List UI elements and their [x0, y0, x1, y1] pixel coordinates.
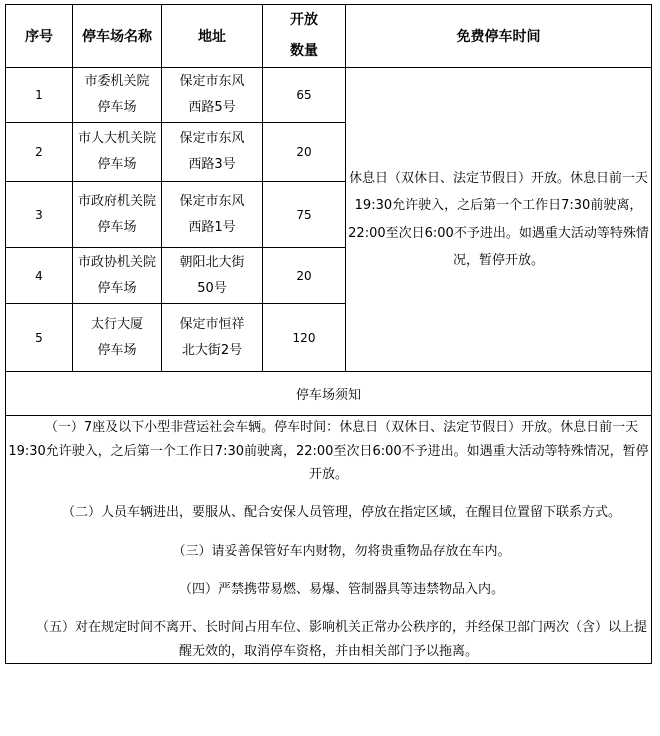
row-count: 20 — [263, 248, 346, 304]
header-free-time: 免费停车时间 — [346, 5, 652, 68]
free-time-cell: 休息日（双休日、法定节假日）开放。休息日前一天19:30允许驶入，之后第一个工作… — [346, 68, 652, 372]
row-address-line1: 保定市东风 — [162, 189, 262, 215]
notice-body: （一）7座及以下小型非营运社会车辆。停车时间：休息日（双休日、法定节假日）开放。… — [6, 416, 652, 664]
row-index: 4 — [6, 248, 73, 304]
header-open-count: 开放 数量 — [263, 5, 346, 68]
row-address-line2: 西路1号 — [162, 215, 262, 241]
row-address-line1: 保定市东风 — [162, 69, 262, 95]
row-address: 保定市东风 西路1号 — [162, 182, 263, 248]
row-index: 3 — [6, 182, 73, 248]
header-row: 序号 停车场名称 地址 开放 数量 免费停车时间 — [6, 5, 652, 68]
row-index: 1 — [6, 68, 73, 123]
row-address: 保定市东风 西路5号 — [162, 68, 263, 123]
row-count: 75 — [263, 182, 346, 248]
row-name-line1: 市政府机关院 — [73, 189, 161, 215]
row-name: 市政协机关院 停车场 — [73, 248, 162, 304]
row-name: 市人大机关院 停车场 — [73, 123, 162, 182]
notice-paragraph-3: （三）请妥善保管好车内财物，勿将贵重物品存放在车内。 — [6, 540, 651, 564]
row-name: 太行大厦 停车场 — [73, 304, 162, 372]
row-name-line1: 市政协机关院 — [73, 250, 161, 276]
row-name: 市委机关院 停车场 — [73, 68, 162, 123]
row-name-line2: 停车场 — [73, 276, 161, 302]
row-address-line1: 保定市东风 — [162, 126, 262, 152]
header-address: 地址 — [162, 5, 263, 68]
parking-table: 序号 停车场名称 地址 开放 数量 免费停车时间 1 市委机关院 停车场 保定市… — [5, 4, 652, 664]
notice-paragraph-2: （二）人员车辆进出，要服从、配合安保人员管理，停放在指定区域，在醒目位置留下联系… — [6, 501, 651, 525]
notice-title: 停车场须知 — [6, 372, 652, 416]
row-count: 120 — [263, 304, 346, 372]
row-name-line2: 停车场 — [73, 152, 161, 178]
row-name-line2: 停车场 — [73, 215, 161, 241]
row-name-line1: 太行大厦 — [73, 312, 161, 338]
header-name: 停车场名称 — [73, 5, 162, 68]
row-address-line2: 西路3号 — [162, 152, 262, 178]
notice-title-row: 停车场须知 — [6, 372, 652, 416]
row-address-line1: 朝阳北大街 — [162, 250, 262, 276]
row-address-line2: 西路5号 — [162, 95, 262, 121]
header-open-count-line2: 数量 — [263, 36, 345, 67]
row-address-line2: 北大街2号 — [162, 338, 262, 364]
row-address-line2: 50号 — [162, 276, 262, 302]
row-address: 保定市东风 西路3号 — [162, 123, 263, 182]
row-index: 5 — [6, 304, 73, 372]
header-open-count-line1: 开放 — [263, 5, 345, 36]
row-name-line2: 停车场 — [73, 95, 161, 121]
row-name-line2: 停车场 — [73, 338, 161, 364]
row-count: 65 — [263, 68, 346, 123]
notice-body-row: （一）7座及以下小型非营运社会车辆。停车时间：休息日（双休日、法定节假日）开放。… — [6, 416, 652, 664]
row-name-line1: 市委机关院 — [73, 69, 161, 95]
notice-paragraph-5: （五）对在规定时间不离开、长时间占用车位、影响机关正常办公秩序的，并经保卫部门两… — [6, 616, 651, 663]
header-index: 序号 — [6, 5, 73, 68]
notice-paragraph-4: （四）严禁携带易燃、易爆、管制器具等违禁物品入内。 — [6, 578, 651, 602]
table-row: 1 市委机关院 停车场 保定市东风 西路5号 65 休息日（双休日、法定节假日）… — [6, 68, 652, 123]
row-name-line1: 市人大机关院 — [73, 126, 161, 152]
row-name: 市政府机关院 停车场 — [73, 182, 162, 248]
row-address: 保定市恒祥 北大街2号 — [162, 304, 263, 372]
notice-paragraph-1: （一）7座及以下小型非营运社会车辆。停车时间：休息日（双休日、法定节假日）开放。… — [6, 416, 651, 487]
row-count: 20 — [263, 123, 346, 182]
row-index: 2 — [6, 123, 73, 182]
parking-document: 序号 停车场名称 地址 开放 数量 免费停车时间 1 市委机关院 停车场 保定市… — [5, 4, 651, 664]
row-address-line1: 保定市恒祥 — [162, 312, 262, 338]
row-address: 朝阳北大街 50号 — [162, 248, 263, 304]
